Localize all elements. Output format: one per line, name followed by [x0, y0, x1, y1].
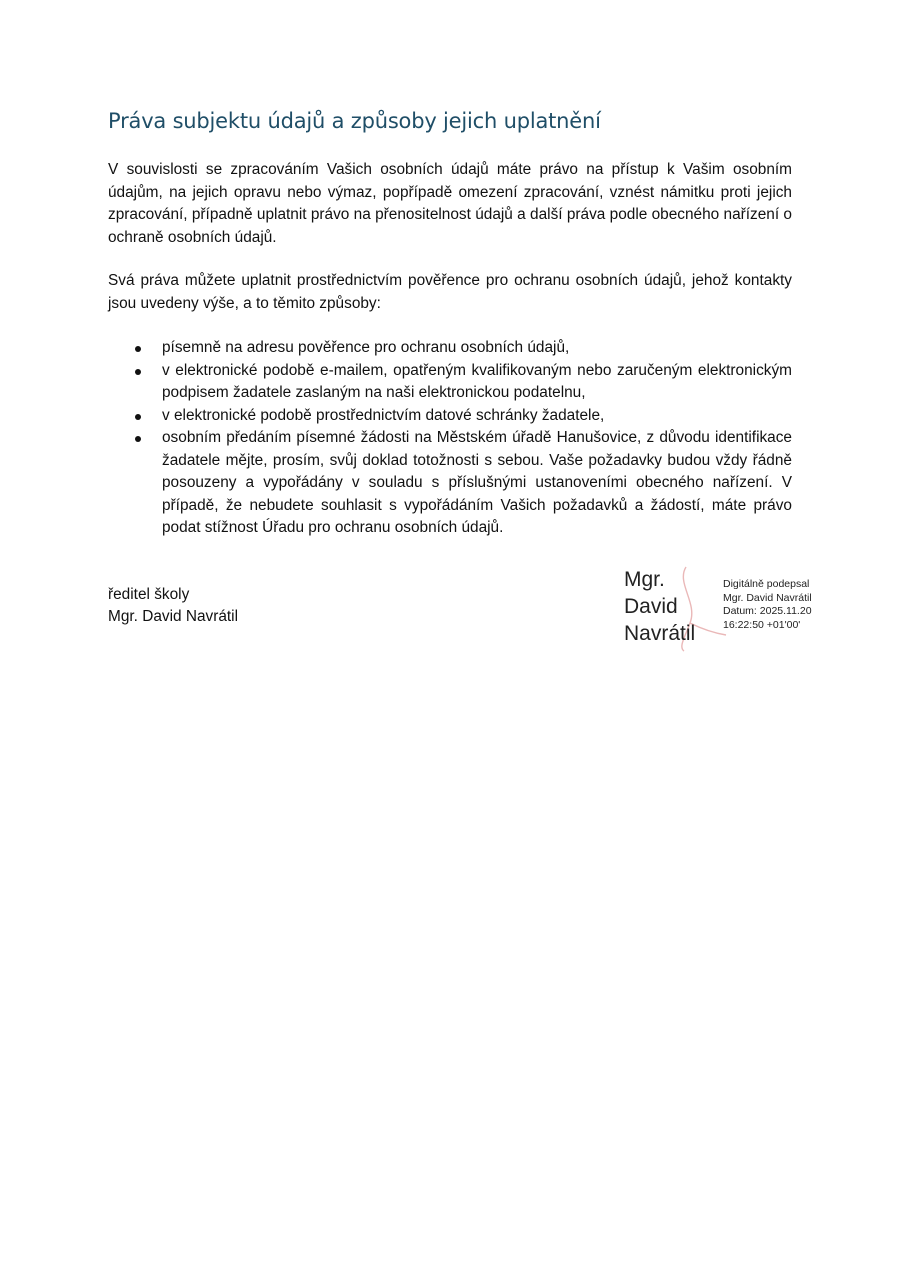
digital-signature-details: Digitálně podepsal Mgr. David Navrátil D… — [723, 578, 812, 632]
signatory-block: ředitel školy Mgr. David Navrátil — [108, 584, 238, 628]
rights-paragraph: Svá práva můžete uplatnit prostřednictví… — [108, 270, 792, 315]
digital-signature-name[interactable]: Mgr. David Navrátil — [624, 566, 695, 647]
list-item: v elektronické podobě prostřednictvím da… — [108, 405, 792, 428]
signatory-name: Mgr. David Navrátil — [108, 606, 238, 628]
methods-list: písemně na adresu pověřence pro ochranu … — [108, 337, 792, 540]
bullet-icon — [135, 369, 141, 375]
bullet-icon — [135, 346, 141, 352]
list-item: osobním předáním písemné žádosti na Měst… — [108, 427, 792, 540]
bullet-icon — [135, 414, 141, 420]
page-heading: Práva subjektu údajů a způsoby jejich up… — [108, 109, 601, 133]
signatory-role: ředitel školy — [108, 584, 238, 606]
bullet-icon — [135, 436, 141, 442]
intro-paragraph: V souvislosti se zpracováním Vašich osob… — [108, 159, 792, 249]
list-item: v elektronické podobě e-mailem, opatřený… — [108, 360, 792, 405]
list-item: písemně na adresu pověřence pro ochranu … — [108, 337, 792, 360]
